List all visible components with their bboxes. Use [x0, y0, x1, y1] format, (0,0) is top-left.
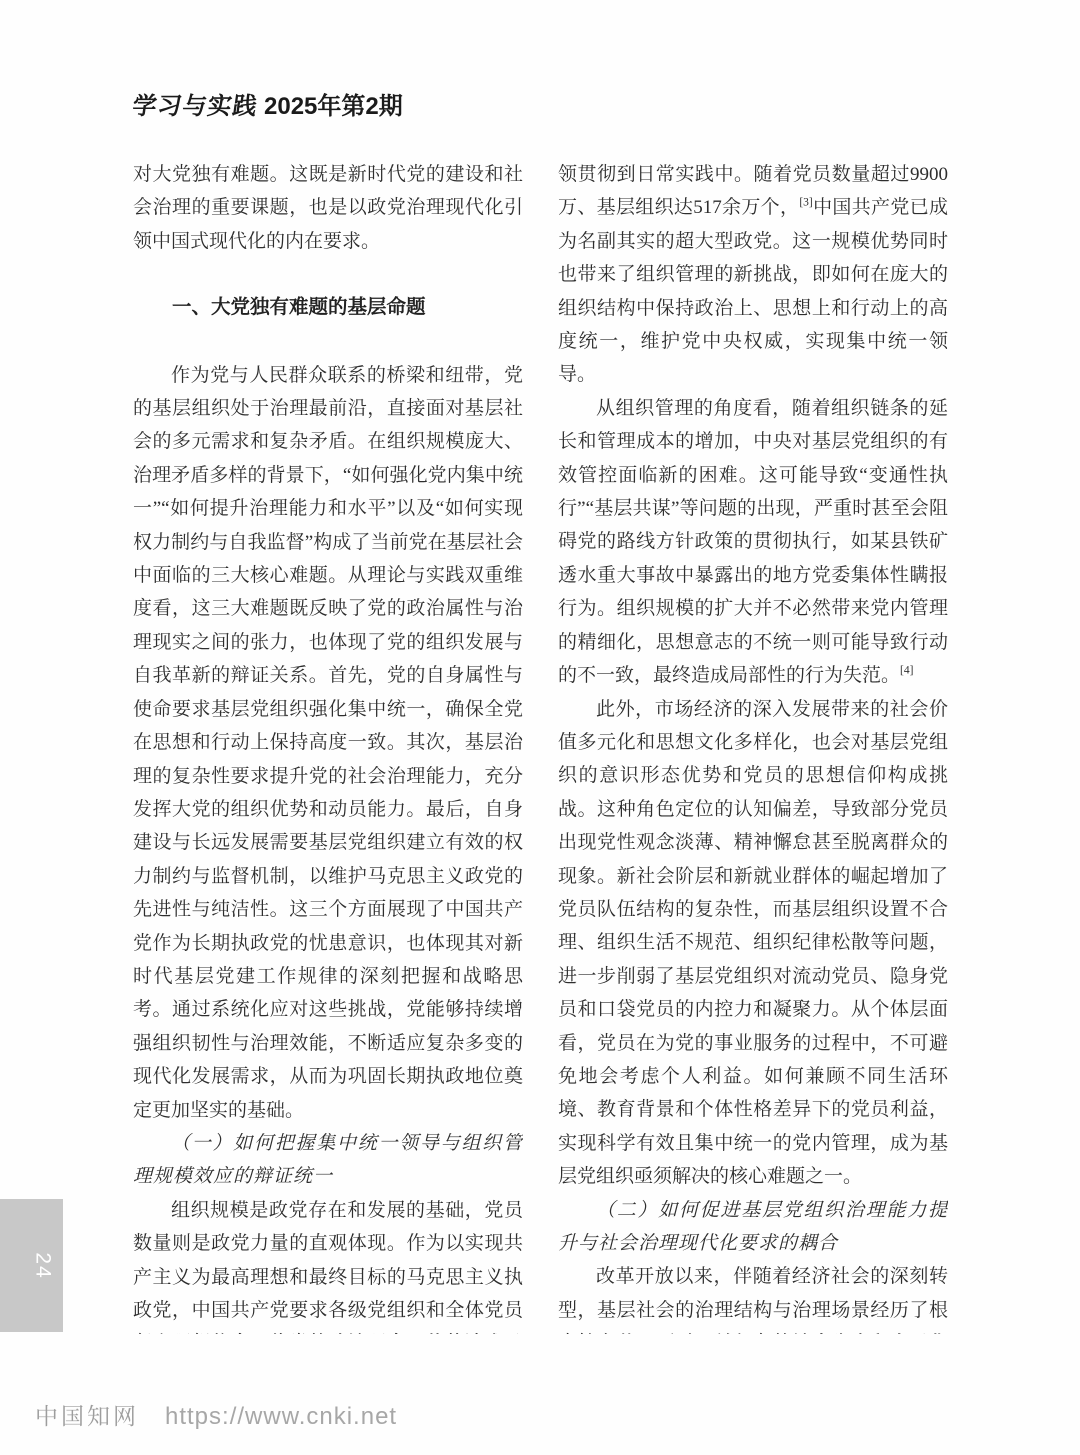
paragraph-management: 从组织管理的角度看，随着组织链条的延长和管理成本的增加，中央对基层党组织的有效管…	[558, 392, 948, 693]
paragraph-three-difficulties: 作为党与人民群众联系的桥梁和纽带，党的基层组织处于治理最前沿，直接面对基层社会的…	[133, 359, 523, 1127]
subheading-1: （一）如何把握集中统一领导与组织管理规模效应的辩证统一	[133, 1127, 523, 1194]
paragraph-market-economy: 此外，市场经济的深入发展带来的社会价值多元化和思想文化多样化，也会对基层党组织的…	[558, 693, 948, 1194]
page-number-tab: 24	[0, 1199, 63, 1332]
scanned-journal-page: 学习与实践2025年第2期 对大党独有难题。这既是新时代党的建设和社会治理的重要…	[0, 0, 1080, 1455]
paragraph-continuation: 对大党独有难题。这既是新时代党的建设和社会治理的重要课题，也是以政党治理现代化引…	[133, 158, 523, 258]
paragraph-reform: 改革开放以来，伴随着经济社会的深刻转型，基层社会的治理结构与治理场景经历了根本性…	[558, 1260, 948, 1334]
subheading-2: （二）如何促进基层党组织治理能力提升与社会治理现代化要求的耦合	[558, 1194, 948, 1261]
cnki-site-url: https://www.cnki.net	[165, 1403, 397, 1431]
left-text-column: 对大党独有难题。这既是新时代党的建设和社会治理的重要课题，也是以政党治理现代化引…	[133, 158, 523, 1334]
right-text-column: 领贯彻到日常实践中。随着党员数量超过9900万、基层组织达517余万个，[3]中…	[558, 158, 948, 1334]
paragraph-org-scale: 组织规模是政党存在和发展的基础，党员数量则是政党力量的直观体现。作为以实现共产主…	[133, 1194, 523, 1334]
footnote-ref-4: [4]	[900, 665, 913, 677]
journal-title-logo: 学习与实践	[131, 86, 261, 121]
paragraph-members-part2: 中国共产党已成为名副其实的超大型政党。这一规模优势同时也带来了组织管理的新挑战，…	[558, 197, 948, 385]
running-head: 学习与实践2025年第2期	[133, 86, 403, 121]
paragraph-members: 领贯彻到日常实践中。随着党员数量超过9900万、基层组织达517余万个，[3]中…	[558, 158, 948, 392]
page-number: 24	[30, 1252, 54, 1279]
paragraph-management-part1: 从组织管理的角度看，随着组织链条的延长和管理成本的增加，中央对基层党组织的有效管…	[558, 398, 948, 686]
cnki-watermark: 中国知网 https://www.cnki.net	[35, 1398, 397, 1431]
cnki-site-name: 中国知网	[35, 1398, 139, 1431]
section-heading-1: 一、大党独有难题的基层命题	[133, 291, 523, 324]
issue-label: 2025年第2期	[264, 93, 403, 120]
footnote-ref-3: [3]	[799, 197, 812, 209]
